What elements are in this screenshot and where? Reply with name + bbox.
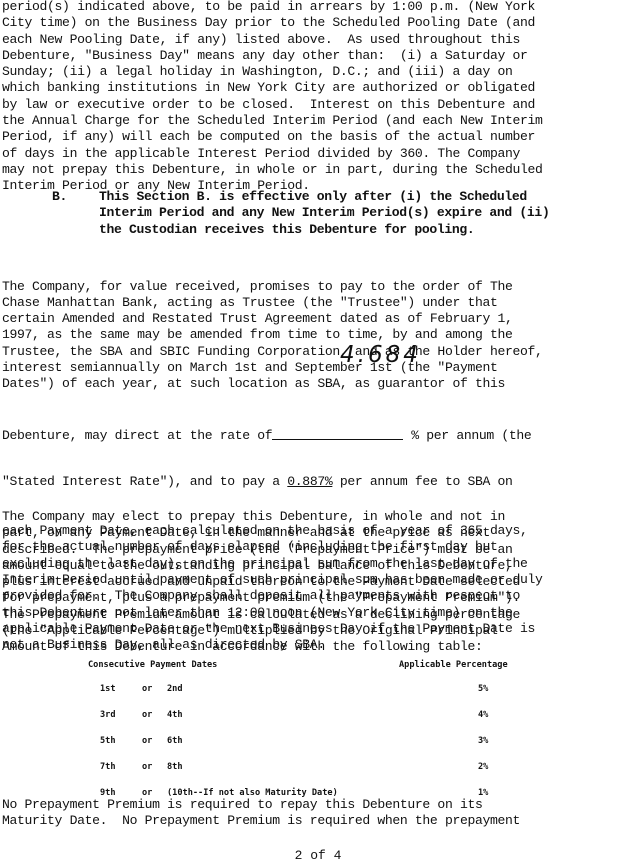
- payment-date-second: 6th: [167, 736, 183, 746]
- text-line: amount equal to the outstanding principa…: [2, 558, 520, 574]
- handwritten-interest-rate: 4.684: [340, 342, 421, 368]
- payment-date-first: 7th: [100, 762, 116, 772]
- text-line: described. The prepayment price (the "Pr…: [2, 542, 520, 558]
- prepayment-premium-table: Consecutive Payment Dates Applicable Per…: [88, 660, 588, 780]
- text-line: Maturity Date. No Prepayment Premium is …: [2, 813, 520, 829]
- interest-rate-line: Debenture, may direct at the rate of% pe…: [2, 425, 543, 441]
- table-header-payment-dates: Consecutive Payment Dates: [88, 660, 217, 670]
- payment-date-first: 1st: [100, 684, 116, 694]
- document-page: period(s) indicated above, to be paid in…: [0, 0, 636, 863]
- payment-date-second: 8th: [167, 762, 183, 772]
- text-line: City time) on the Business Day prior to …: [2, 15, 543, 31]
- text-line: No Prepayment Premium is required to rep…: [2, 797, 520, 813]
- text-line: Dates") of each year, at such location a…: [2, 376, 543, 392]
- text-line: period(s) indicated above, to be paid in…: [2, 0, 543, 15]
- text-line: certain Amended and Restated Trust Agree…: [2, 311, 543, 327]
- text-line: 1997, as the same may be amended from ti…: [2, 327, 543, 343]
- fee-line: "Stated Interest Rate"), and to pay a 0.…: [2, 474, 543, 490]
- applicable-percentage: 2%: [478, 762, 488, 772]
- section-b: B. This Section B. is effective only aft…: [52, 189, 82, 254]
- text-line: may not prepay this Debenture, in whole …: [2, 162, 543, 178]
- applicable-percentage: 3%: [478, 736, 488, 746]
- text-line: part, on any Payment Date, in the manner…: [2, 525, 520, 541]
- text-line: the Annual Charge for the Scheduled Inte…: [2, 113, 543, 129]
- payment-date-second: 2nd: [167, 684, 183, 694]
- applicable-percentage: 5%: [478, 684, 488, 694]
- payment-date-second: 4th: [167, 710, 183, 720]
- paragraph-prepayment: The Company may elect to prepay this Deb…: [2, 509, 520, 656]
- or-connector: or: [142, 736, 152, 746]
- paragraph-business-day: period(s) indicated above, to be paid in…: [2, 0, 543, 195]
- fee-rate: 0.887%: [287, 474, 332, 489]
- payment-date-first: 5th: [100, 736, 116, 746]
- or-connector: or: [142, 762, 152, 772]
- section-b-text: This Section B. is effective only after …: [99, 189, 549, 238]
- section-b-line: the Custodian receives this Debenture fo…: [99, 222, 549, 238]
- text-line: The Company, for value received, promise…: [2, 279, 543, 295]
- text-line: Trustee, the SBA and SBIC Funding Corpor…: [2, 344, 543, 360]
- text-line: Period, if any) will each be computed on…: [2, 129, 543, 145]
- text-line: Amount of this Debenture in accordance w…: [2, 639, 520, 655]
- table-header-applicable-percentage: Applicable Percentage: [399, 660, 508, 670]
- text-line: of days in the applicable Interest Perio…: [2, 146, 543, 162]
- or-connector: or: [142, 710, 152, 720]
- text-line: Debenture, "Business Day" means any day …: [2, 48, 543, 64]
- text-line: which banking institutions in New York C…: [2, 80, 543, 96]
- paragraph-no-premium: No Prepayment Premium is required to rep…: [2, 797, 520, 830]
- applicable-percentage: 4%: [478, 710, 488, 720]
- page-number: 2 of 4: [0, 848, 636, 863]
- text-line: Chase Manhattan Bank, acting as Trustee …: [2, 295, 543, 311]
- text-line: The Prepayment Premium amount is calcula…: [2, 607, 520, 623]
- text-line: (the "Applicable Percentage") multiplied…: [2, 623, 520, 639]
- text-line: each New Pooling Date, if any) listed ab…: [2, 32, 543, 48]
- text-line: by law or executive order to be closed. …: [2, 97, 543, 113]
- text-line: interest semiannually on March 1st and S…: [2, 360, 543, 376]
- section-b-label: B.: [52, 189, 67, 205]
- or-connector: or: [142, 684, 152, 694]
- text-line: Sunday; (ii) a legal holiday in Washingt…: [2, 64, 543, 80]
- text-line: The Company may elect to prepay this Deb…: [2, 509, 520, 525]
- text-line: for prepayment, plus a prepayment premiu…: [2, 590, 520, 606]
- payment-date-first: 3rd: [100, 710, 116, 720]
- stated-interest-rate-blank: [272, 426, 403, 440]
- text-line: plus interest accrued and unpaid thereon…: [2, 574, 520, 590]
- section-b-line: Interim Period and any New Interim Perio…: [99, 205, 549, 221]
- section-b-line: This Section B. is effective only after …: [99, 189, 549, 205]
